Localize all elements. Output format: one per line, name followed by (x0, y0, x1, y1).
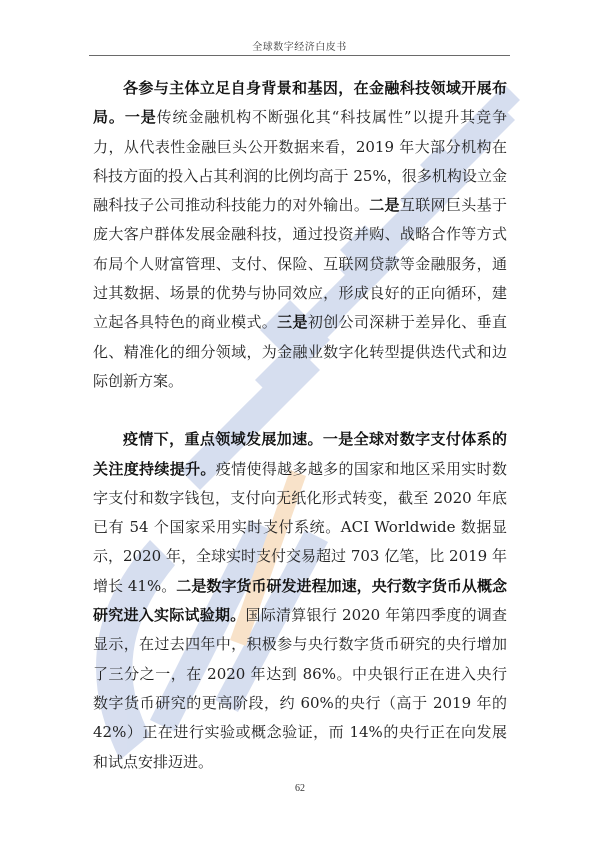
bold-text: 二是 (369, 196, 400, 214)
header-rule (89, 55, 510, 56)
running-header: 全球数字经济白皮书 (89, 38, 510, 53)
paragraph-pandemic-acceleration: 疫情下，重点领域发展加速。一是全球对数字支付体系的关注度持续提升。疫情使得越多越… (93, 425, 507, 777)
body-span: 疫情使得越多越多的国家和地区采用实时数字支付和数字钱包，支付向无纸化形式转变，截… (93, 460, 507, 595)
body-text: 各参与主体立足自身背景和基因，在金融科技领域开展布局。一是传统金融机构不断强化其… (93, 74, 507, 777)
body-span: 国际清算银行 2020 年第四季度的调查显示，在过去四年中，积极参与央行数字货币… (93, 606, 507, 770)
document-page: 全球数字经济白皮书 各参与主体立足自身背景和基因，在金融科技领域开展布局。一是传… (0, 0, 600, 848)
body-span: 互联网巨头基于庞大客户群体发展金融科技，通过投资并购、战略合作等方式布局个人财富… (93, 196, 507, 331)
paragraph-fintech-layout: 各参与主体立足自身背景和基因，在金融科技领域开展布局。一是传统金融机构不断强化其… (93, 74, 507, 396)
bold-text: 三是 (277, 313, 308, 331)
page-number: 62 (0, 783, 600, 794)
